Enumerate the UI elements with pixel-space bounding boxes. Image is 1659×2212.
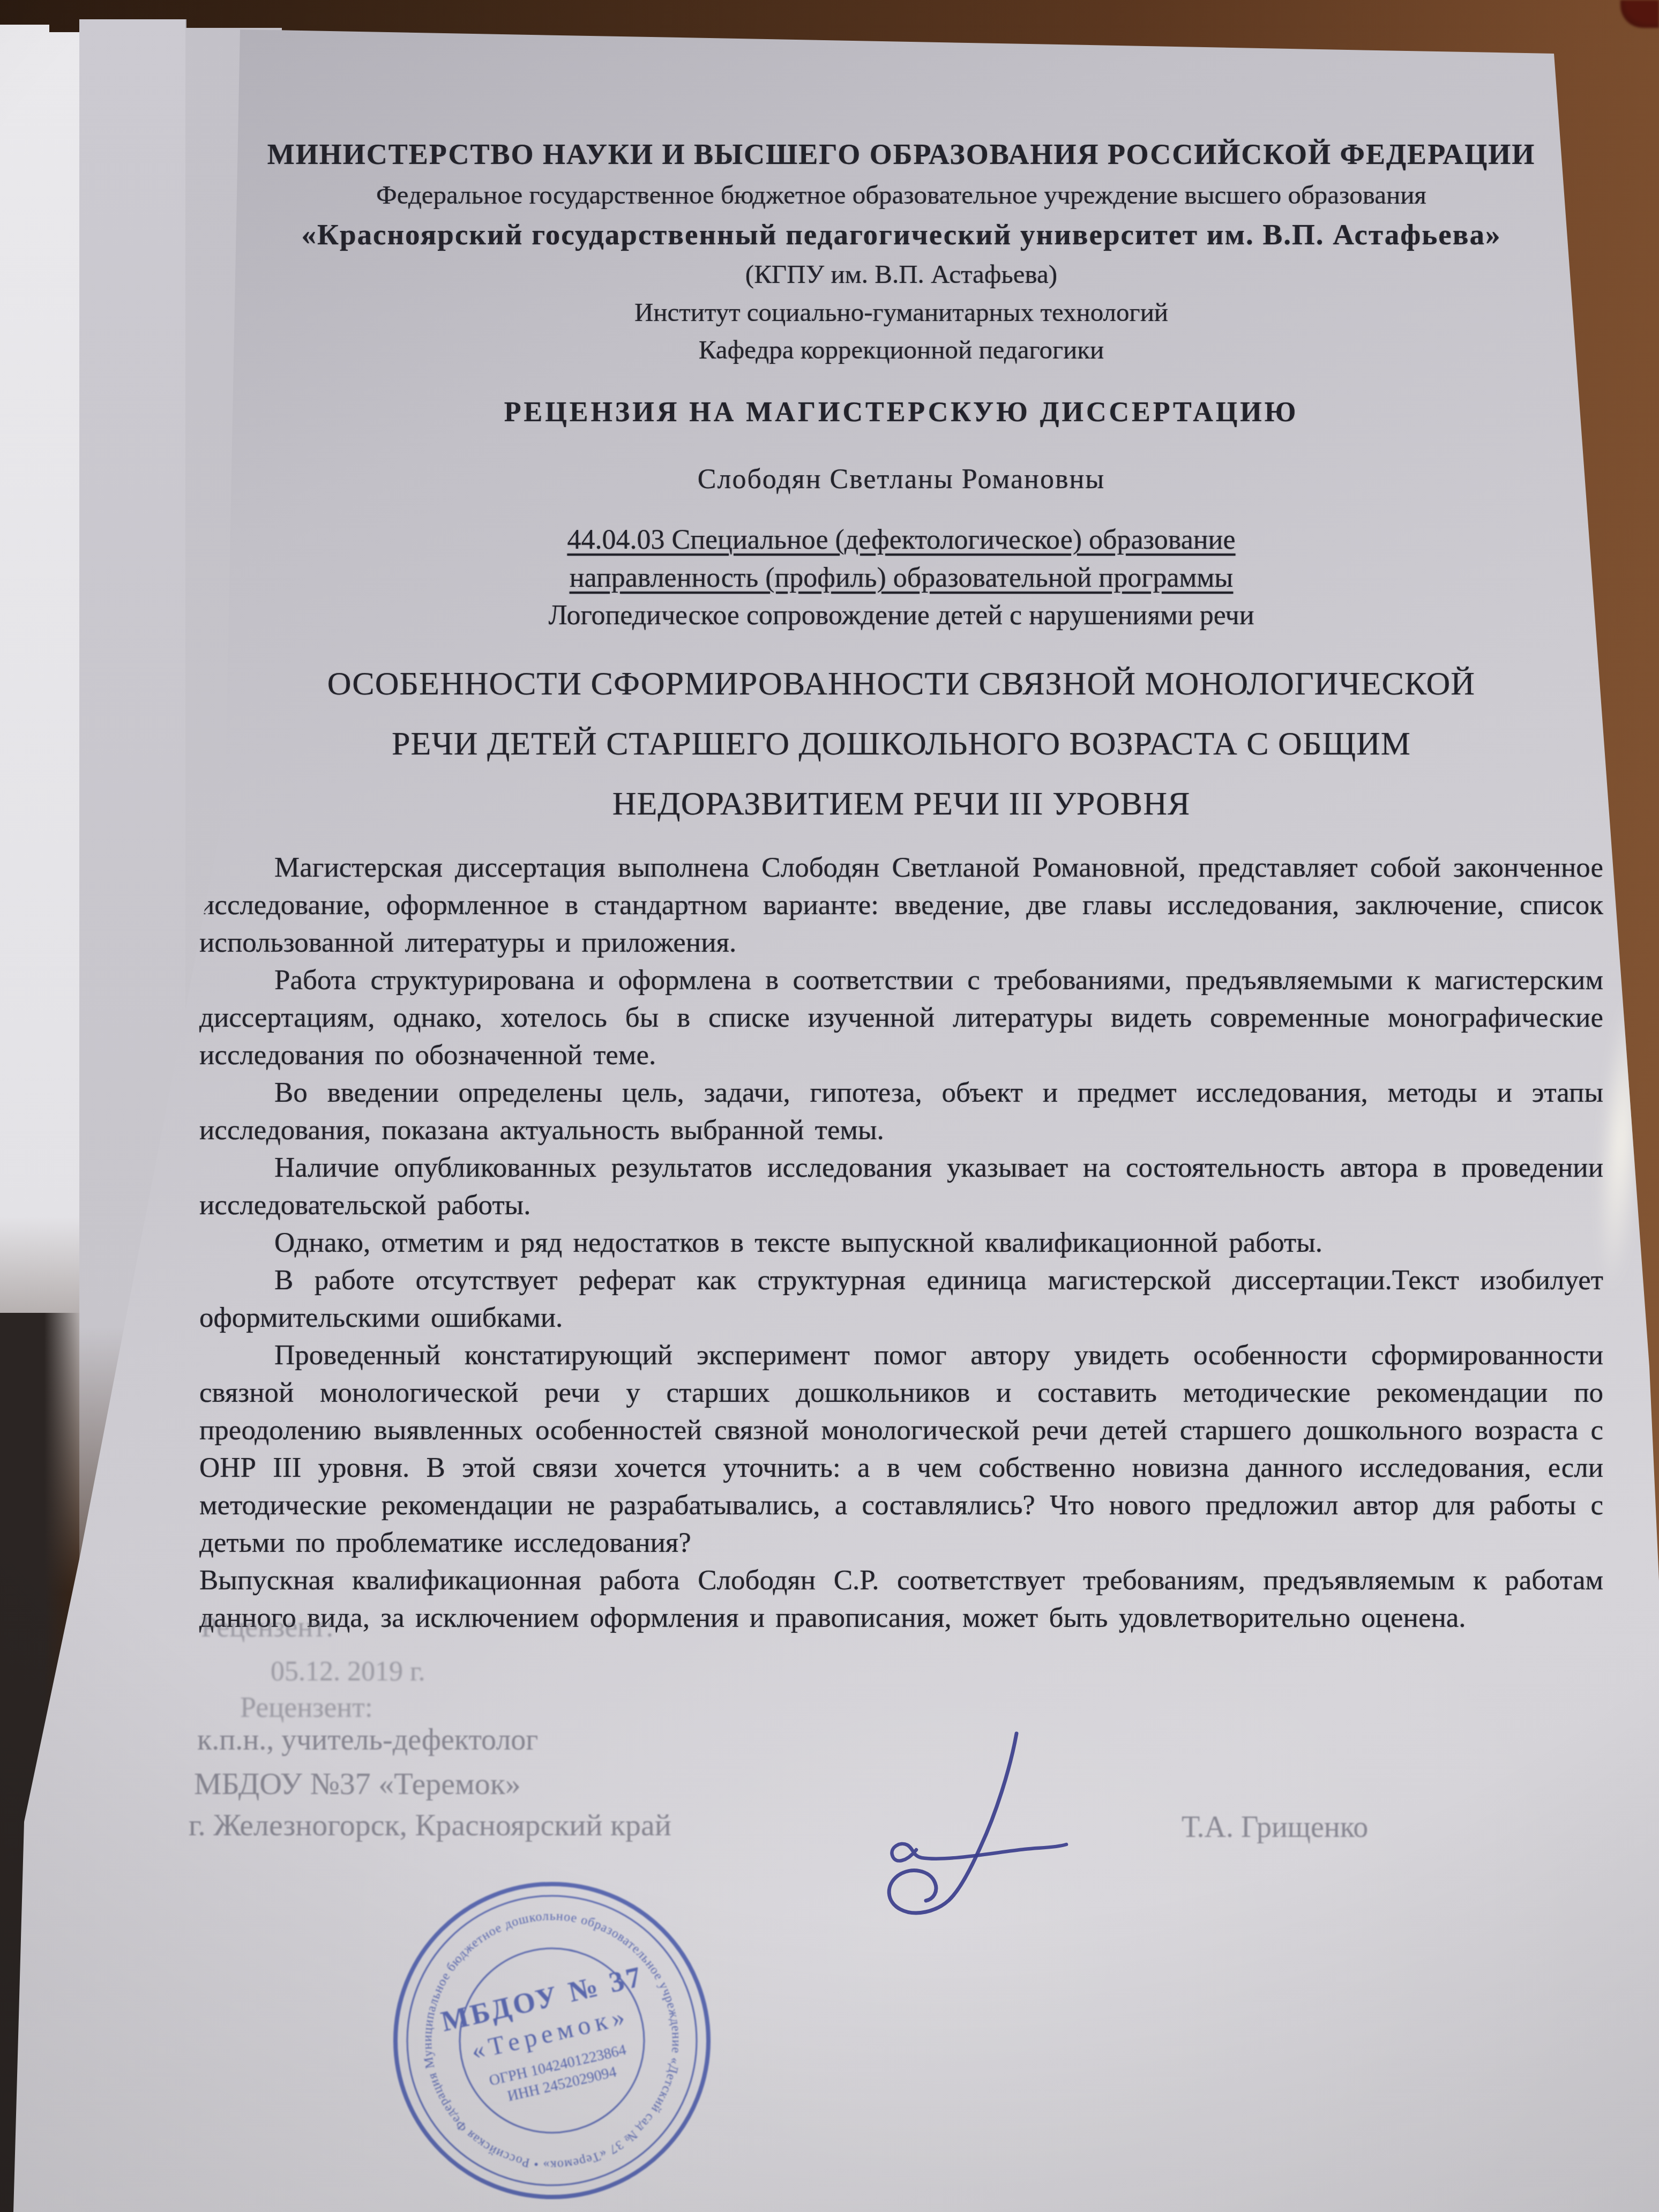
review-body: Магистерская диссертация выполнена Слобо… [199,849,1603,1636]
dissertation-title-line: РЕЧИ ДЕТЕЙ СТАРШЕГО ДОШКОЛЬНОГО ВОЗРАСТА… [199,714,1603,774]
reviewer-label-ghost: Рецензент: [201,1610,334,1643]
document-type-title: РЕЦЕНЗИЯ НА МАГИСТЕРСКУЮ ДИССЕРТАЦИЮ [199,392,1603,433]
header-institution-type: Федеральное государственное бюджетное об… [199,176,1603,214]
program-name: Логопедическое сопровождение детей с нар… [199,597,1603,634]
body-paragraph: Проведенный констатирующий эксперимент п… [199,1336,1603,1561]
student-name: Слободян Светланы Романовны [199,460,1603,499]
body-paragraph: Работа структурирована и оформлена в соо… [199,961,1603,1074]
dissertation-title-line: ОСОБЕННОСТИ СФОРМИРОВАННОСТИ СВЯЗНОЙ МОН… [199,654,1603,714]
body-paragraph: Наличие опубликованных результатов иссле… [199,1149,1603,1224]
reviewer-name: Т.А. Грищенко [1182,1810,1368,1844]
program-code: 44.04.03 Специальное (дефектологическое)… [199,521,1603,559]
signature-ink [836,1709,1104,1940]
body-paragraph: Магистерская диссертация выполнена Слобо… [199,849,1603,961]
round-stamp: Муниципальное бюджетное дошкольное образ… [380,1869,723,2212]
reviewer-label-ghost: Рецензент: [240,1691,373,1724]
body-paragraph: В работе отсутствует реферат как структу… [199,1261,1603,1336]
header-institute: Институт социально-гуманитарных технолог… [199,294,1603,331]
reviewer-degree: к.п.н., учитель-дефектолог [197,1723,538,1757]
program-profile: направленность (профиль) образовательной… [199,559,1603,597]
table-corner-object [1620,0,1659,28]
reviewer-city: г. Железногорск, Красноярский край [189,1807,671,1843]
dissertation-title-line: НЕДОРАЗВИТИЕМ РЕЧИ III УРОВНЯ [199,774,1603,834]
reviewer-organization: МБДОУ №37 «Теремок» [194,1766,521,1802]
body-paragraph-conclusion: Выпускная квалификационная работа Слобод… [199,1561,1603,1636]
header-ministry: МИНИСТЕРСТВО НАУКИ И ВЫСШЕГО ОБРАЗОВАНИЯ… [199,133,1603,176]
header-department: Кафедра коррекционной педагогики [199,331,1603,369]
document-page: МИНИСТЕРСТВО НАУКИ И ВЫСШЕГО ОБРАЗОВАНИЯ… [0,0,1659,2212]
dissertation-title: ОСОБЕННОСТИ СФОРМИРОВАННОСТИ СВЯЗНОЙ МОН… [199,654,1603,834]
header-university: «Красноярский государственный педагогиче… [199,214,1603,255]
body-paragraph: Однако, отметим и ряд недостатков в текс… [199,1224,1603,1261]
photo-scene: МИНИСТЕРСТВО НАУКИ И ВЫСШЕГО ОБРАЗОВАНИЯ… [0,0,1659,2212]
body-paragraph: Во введении определены цель, задачи, гип… [199,1074,1603,1149]
document-text: МИНИСТЕРСТВО НАУКИ И ВЫСШЕГО ОБРАЗОВАНИЯ… [199,133,1603,1636]
header-university-short: (КГПУ им. В.П. Астафьева) [199,255,1603,294]
review-date-ghost: 05.12. 2019 г. [271,1656,425,1687]
